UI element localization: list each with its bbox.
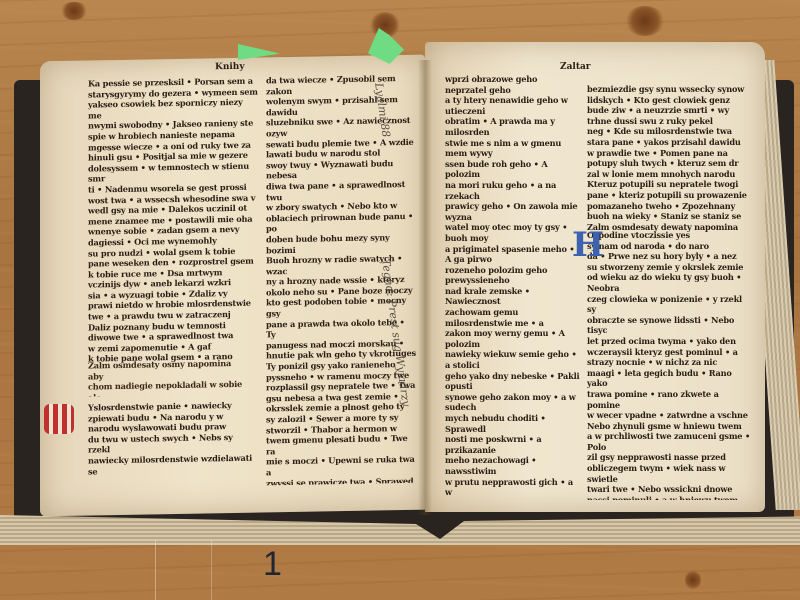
text-column-left-1: Ka pessie se przesksil • Porsan sem a st… [88,76,258,364]
display-label-number: 1 [263,545,282,584]
text-column-right-2-tail: Ospodine vtoczissie yes sy nam od naroda… [587,230,752,500]
text-column-right-2: bezmiezdie gsy synu wssecky synow lidsky… [587,84,752,234]
psalm-rubric-left: Zalm osmdesaty osmy napomina aby chom na… [88,358,248,397]
left-page: Knihy Ka pessie se przesksil • Porsan se… [40,55,425,517]
wood-knot [625,6,665,36]
book-gutter [418,60,432,515]
text-column-right-1: wprzi obrazowe geho neprzatel geho a ty … [445,74,580,499]
display-case-glass [155,540,212,600]
blue-initial-letter: H [572,228,598,262]
right-page: Zaltar wprzi obrazowe geho neprzatel geh… [425,42,765,512]
text-column-left-1-tail: Yslosrdenstwie panie • nawiecky zpiewati… [88,400,253,478]
running-head-right: Zaltar [560,62,591,72]
wood-knot [685,570,701,590]
running-head-left: Knihy [215,62,245,73]
wood-knot [60,2,88,20]
red-initial-letter [44,404,74,434]
